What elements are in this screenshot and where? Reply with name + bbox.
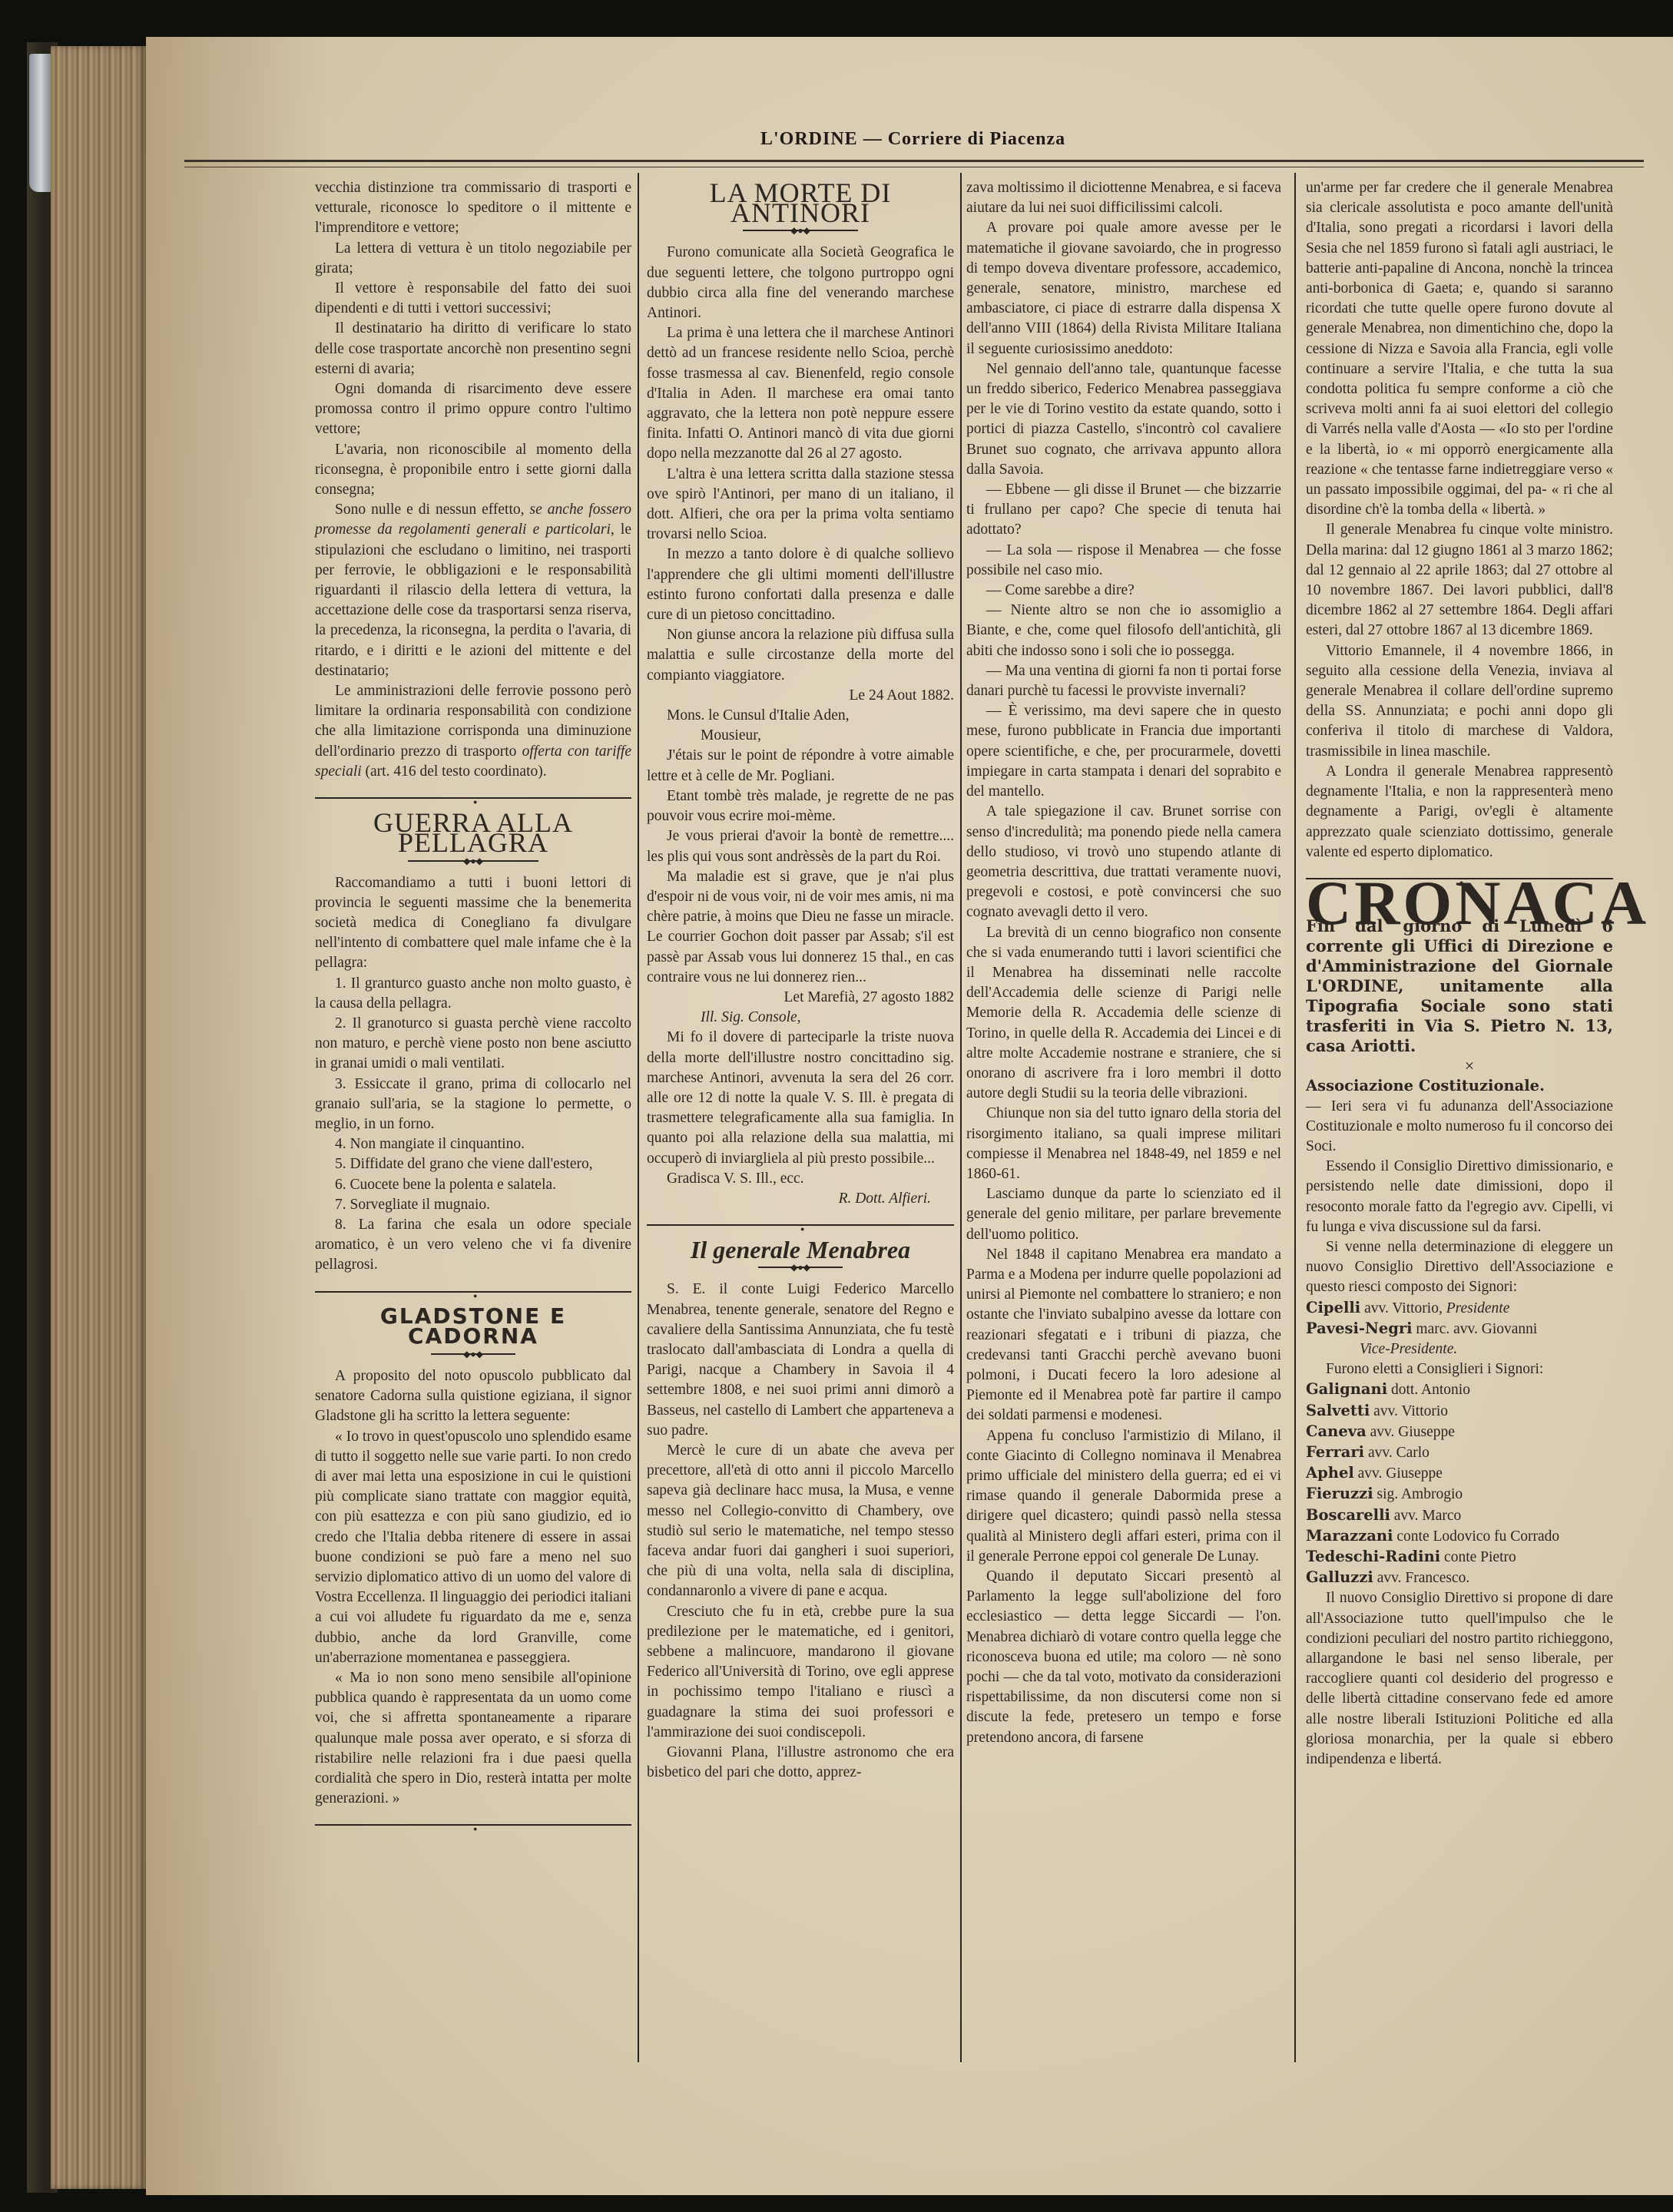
- paragraph: Ogni domanda di risarcimento deve essere…: [315, 379, 631, 440]
- paragraph: Chiunque non sia del tutto ignaro della …: [966, 1104, 1281, 1184]
- paragraph: Mercè le cure di un abate che aveva per …: [647, 1441, 954, 1602]
- column-2: LA MORTE DI ANTINORI Furono comunicate a…: [647, 178, 954, 1783]
- paragraph: un'arme per far credere che il generale …: [1306, 178, 1613, 520]
- ornamental-divider: [315, 1291, 631, 1296]
- paragraph: Furono comunicate alla Società Geografic…: [647, 243, 954, 323]
- paragraph: A proposito del noto opuscolo pubblicato…: [315, 1366, 631, 1427]
- councillor-name: Ferrari: [1306, 1443, 1364, 1461]
- paragraph: Appena fu concluso l'armistizio di Milan…: [966, 1426, 1281, 1567]
- officer-detail: marc. avv. Giovanni: [1413, 1321, 1538, 1337]
- paragraph: La brevità di un cenno biografico non co…: [966, 923, 1281, 1104]
- paragraph: A Londra il generale Menabrea rappresent…: [1306, 762, 1613, 863]
- councillor-detail: avv. Vittorio: [1370, 1403, 1448, 1419]
- article-title-antinori: LA MORTE DI ANTINORI: [647, 183, 954, 223]
- ornament-icon: [408, 858, 538, 864]
- paragraph: — Niente altro se non che io assomiglio …: [966, 601, 1281, 661]
- councillor-detail: avv. Giuseppe: [1354, 1465, 1443, 1482]
- masthead-rule: [184, 160, 1644, 167]
- paragraph: J'étais sur le point de répondre à votre…: [647, 746, 954, 786]
- councillor-detail: avv. Francesco.: [1373, 1570, 1469, 1586]
- paragraph: Il generale Menabrea fu cinque volte min…: [1306, 520, 1613, 641]
- relocation-notice: Fin dal giorno di Lunedì 6 corrente gli …: [1306, 916, 1613, 1056]
- councillor-name: Galignani: [1306, 1380, 1387, 1398]
- list-item: 6. Cuocete bene la polenta e salatela.: [315, 1175, 631, 1195]
- column-1: vecchia distinzione tra commissario di t…: [315, 178, 631, 1839]
- paragraph: Ma maladie est si grave, que je n'ai plu…: [647, 867, 954, 988]
- councillor: Galluzzi avv. Francesco.: [1306, 1568, 1613, 1588]
- text: Sono nulle e di nessun effetto,: [335, 502, 530, 518]
- councillor: Aphel avv. Giuseppe: [1306, 1463, 1613, 1484]
- list-item: 8. La farina che esala un odore speciale…: [315, 1215, 631, 1276]
- ornament-icon: [743, 227, 858, 233]
- paragraph: Mi fo il dovere di parteciparle la trist…: [647, 1028, 954, 1168]
- paragraph: Nel gennaio dell'anno tale, quantunque f…: [966, 359, 1281, 480]
- paragraph: Lasciamo dunque da parte lo scienziato e…: [966, 1184, 1281, 1245]
- letter-address: Mons. le Cunsul d'Italie Aden,: [647, 706, 954, 726]
- cross-divider-icon: ×: [1306, 1056, 1613, 1076]
- councillor-name: Salvetti: [1306, 1402, 1370, 1419]
- councillor-detail: conte Lodovico fu Corrado: [1393, 1528, 1560, 1545]
- councillor-detail: avv. Carlo: [1364, 1445, 1430, 1461]
- list-item: 4. Non mangiate il cinquantino.: [315, 1134, 631, 1154]
- councillor: Tedeschi-Radini conte Pietro: [1306, 1547, 1613, 1568]
- paragraph: Vittorio Emannele, il 4 novembre 1866, i…: [1306, 641, 1613, 762]
- paragraph: La prima è una lettera che il marchese A…: [647, 323, 954, 464]
- page-edges: [51, 46, 147, 2189]
- ornament-icon: [758, 1264, 843, 1270]
- paragraph: Je vous prierai d'avoir la bontè de reme…: [647, 826, 954, 866]
- councillor: Marazzani conte Lodovico fu Corrado: [1306, 1526, 1613, 1547]
- officer-name: Cipelli: [1306, 1299, 1360, 1316]
- column-rule: [960, 173, 962, 2062]
- officer-role: Vice-Presidente.: [1306, 1339, 1613, 1359]
- paragraph: Il destinatario ha diritto di verificare…: [315, 319, 631, 379]
- ornamental-divider: [315, 797, 631, 802]
- ornament-icon: [431, 1351, 515, 1357]
- paragraph: L'altra è una lettera scritta dalla staz…: [647, 465, 954, 545]
- column-3: zava moltissimo il diciottenne Menabrea,…: [966, 178, 1281, 1748]
- text: , le stipulazioni che escludano o limiti…: [315, 522, 631, 678]
- officer-name: Pavesi-Negri: [1306, 1320, 1413, 1337]
- councillor: Caneva avv. Giuseppe: [1306, 1422, 1613, 1442]
- councillor: Ferrari avv. Carlo: [1306, 1442, 1613, 1463]
- section-title-cronaca: CRONACA: [1306, 893, 1613, 913]
- councillor-detail: avv. Giuseppe: [1367, 1424, 1455, 1440]
- letter-signature: R. Dott. Alfieri.: [647, 1189, 954, 1209]
- paragraph: Non giunse ancora la relazione più diffu…: [647, 625, 954, 686]
- paragraph: L'avaria, non riconoscibile al momento d…: [315, 440, 631, 501]
- officer-vice: Pavesi-Negri marc. avv. Giovanni: [1306, 1319, 1613, 1339]
- paragraph: Sono nulle e di nessun effetto, se anche…: [315, 500, 631, 681]
- letter-date: Le 24 Aout 1882.: [647, 686, 954, 706]
- paragraph: Nel 1848 il capitano Menabrea era mandat…: [966, 1245, 1281, 1426]
- column-rule: [638, 173, 639, 2062]
- councillor-detail: sig. Ambrogio: [1373, 1486, 1463, 1502]
- councillor-name: Boscarelli: [1306, 1506, 1390, 1524]
- paragraph: Raccomandiamo a tutti i buoni lettori di…: [315, 873, 631, 974]
- text: (art. 416 del testo coordinato).: [362, 763, 547, 780]
- councillor-name: Aphel: [1306, 1464, 1354, 1482]
- letter-salutation: Mousieur,: [647, 726, 954, 746]
- paragraph: In mezzo a tanto dolore è di qualche sol…: [647, 545, 954, 625]
- column-rule: [1294, 173, 1296, 2062]
- paragraph: Il vettore è responsabile del fatto dei …: [315, 279, 631, 319]
- metal-clip: [29, 54, 52, 192]
- paragraph: S. E. il conte Luigi Federico Marcello M…: [647, 1280, 954, 1441]
- paragraph: La lettera di vettura è un titolo negozi…: [315, 239, 631, 279]
- paragraph: zava moltissimo il diciottenne Menabrea,…: [966, 178, 1281, 218]
- councillor-detail: avv. Marco: [1390, 1508, 1461, 1524]
- paragraph: A provare poi quale amore avesse per le …: [966, 218, 1281, 359]
- paragraph: A tale spiegazione il cav. Brunet sorris…: [966, 802, 1281, 922]
- councillor-name: Caneva: [1306, 1422, 1367, 1440]
- list-item: 7. Sorvegliate il mugnaio.: [315, 1195, 631, 1215]
- councillor: Galignani dott. Antonio: [1306, 1379, 1613, 1400]
- paragraph: — Ieri sera vi fu adunanza dell'Associaz…: [1306, 1097, 1613, 1157]
- paragraph: Giovanni Plana, l'illustre astronomo che…: [647, 1743, 954, 1783]
- paragraph: Cresciuto che fu in età, crebbe pure la …: [647, 1602, 954, 1743]
- councillor: Fieruzzi sig. Ambrogio: [1306, 1484, 1613, 1505]
- letter-salutation: Ill. Sig. Console,: [647, 1008, 954, 1028]
- list-item: 2. Il granoturco si guasta perchè viene …: [315, 1014, 631, 1075]
- paragraph: — Ma una ventina di giorni fa non ti por…: [966, 661, 1281, 701]
- paragraph: Le amministrazioni delle ferrovie posson…: [315, 681, 631, 782]
- paragraph: Si venne nella determinazione di elegger…: [1306, 1237, 1613, 1298]
- councillor-name: Galluzzi: [1306, 1568, 1373, 1586]
- ornamental-divider: [315, 1824, 631, 1829]
- officer-president: Cipelli avv. Vittorio, Presidente: [1306, 1298, 1613, 1319]
- councillor: Salvetti avv. Vittorio: [1306, 1401, 1613, 1422]
- letter-date: Let Marefià, 27 agosto 1882: [647, 988, 954, 1008]
- list-item: 3. Essiccate il grano, prima di collocar…: [315, 1075, 631, 1135]
- article-title-gladstone: GLADSTONE E CADORNA: [315, 1306, 631, 1346]
- article-title-pellagra: GUERRA ALLA PELLAGRA: [315, 813, 631, 853]
- officer-detail: avv. Vittorio,: [1360, 1300, 1446, 1316]
- paragraph: — Ebbene — gli disse il Brunet — che biz…: [966, 480, 1281, 541]
- paragraph: — Come sarebbe a dire?: [966, 581, 1281, 601]
- councillor-detail: dott. Antonio: [1387, 1382, 1470, 1398]
- paragraph: — La sola — rispose il Menabrea — che fo…: [966, 541, 1281, 581]
- masthead: L'ORDINE — Corriere di Piacenza: [760, 129, 1065, 150]
- officer-role: Presidente: [1446, 1300, 1510, 1316]
- councillor-name: Tedeschi-Radini: [1306, 1548, 1440, 1565]
- paragraph: Etant tombè très malade, je regrette de …: [647, 786, 954, 826]
- paragraph: Furono eletti a Consiglieri i Signori:: [1306, 1359, 1613, 1379]
- ornamental-divider: [1306, 878, 1613, 882]
- list-item: 1. Il granturco guasto anche non molto g…: [315, 974, 631, 1014]
- councillor-detail: conte Pietro: [1440, 1549, 1516, 1565]
- paragraph: « Ma io non sono meno sensibile all'opin…: [315, 1668, 631, 1809]
- councillor-name: Fieruzzi: [1306, 1485, 1373, 1502]
- ornamental-divider: [647, 1224, 954, 1229]
- letter-closing: Gradisca V. S. Ill., ecc.: [647, 1169, 954, 1189]
- paragraph: Quando il deputato Siccari presentò al P…: [966, 1567, 1281, 1748]
- list-item: 5. Diffidate del grano che viene dall'es…: [315, 1154, 631, 1174]
- subsection-title: Associazione Costituzionale.: [1306, 1076, 1613, 1096]
- page-gutter-shade: [146, 37, 330, 2195]
- paragraph: — È verissimo, ma devi sapere che in que…: [966, 701, 1281, 802]
- paragraph: « Io trovo in quest'opuscolo uno splendi…: [315, 1427, 631, 1668]
- councillor-name: Marazzani: [1306, 1527, 1393, 1545]
- paragraph: Essendo il Consiglio Direttivo dimission…: [1306, 1157, 1613, 1237]
- paragraph: Il nuovo Consiglio Direttivo si propone …: [1306, 1588, 1613, 1770]
- paragraph: vecchia distinzione tra commissario di t…: [315, 178, 631, 239]
- councillor: Boscarelli avv. Marco: [1306, 1505, 1613, 1526]
- column-4: un'arme per far credere che il generale …: [1306, 178, 1613, 1770]
